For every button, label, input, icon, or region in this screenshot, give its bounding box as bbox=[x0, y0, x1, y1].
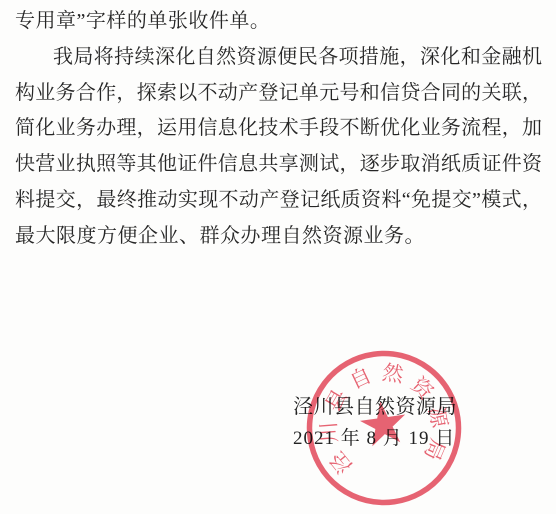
seal-char: 川 bbox=[316, 421, 342, 444]
seal-star-icon bbox=[358, 398, 409, 447]
text-line-1: 专用章”字样的单张收件单。 bbox=[15, 4, 542, 40]
text-line-4: 简化业务办理，运用信息化技术手段不断优化业务流程，加 bbox=[15, 111, 542, 147]
text-line-6: 料提交，最终推动实现不动产登记纸质资料“免提交”模式， bbox=[15, 183, 542, 219]
seal-char: 县 bbox=[321, 385, 352, 415]
official-seal: 泾 川 县 自 然 资 源 局 bbox=[299, 343, 469, 513]
seal-char: 自 bbox=[346, 363, 375, 394]
seal-char: 泾 bbox=[325, 447, 357, 478]
text-line-7: 最大限度方便企业、群众办理自然资源业务。 bbox=[15, 219, 542, 255]
document-body: 专用章”字样的单张收件单。 我局将持续深化自然资源便民各项措施，深化和金融机 构… bbox=[15, 4, 542, 255]
seal-char: 资 bbox=[406, 372, 438, 405]
text-line-2: 我局将持续深化自然资源便民各项措施，深化和金融机 bbox=[15, 40, 542, 76]
text-line-5: 快营业执照等其他证件信息共享测试，逐步取消纸质证件资 bbox=[15, 147, 542, 183]
seal-char: 局 bbox=[419, 435, 449, 464]
seal-char: 源 bbox=[424, 404, 452, 430]
seal-char: 然 bbox=[381, 360, 407, 387]
text-line-3: 构业务合作，探索以不动产登记单元号和信贷合同的关联， bbox=[15, 76, 542, 112]
scanned-document-page: 专用章”字样的单张收件单。 我局将持续深化自然资源便民各项措施，深化和金融机 构… bbox=[0, 0, 556, 514]
